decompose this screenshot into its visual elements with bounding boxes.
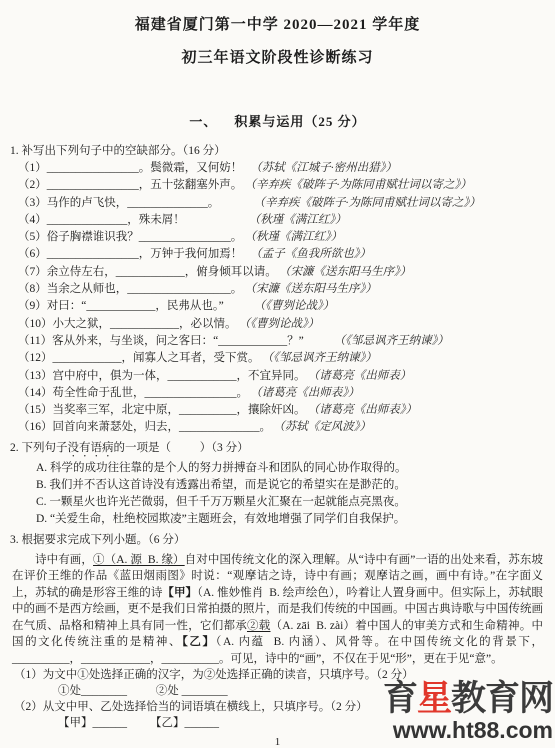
q1-item-8-text: （8）当余之从师也，__________________。 [18, 283, 242, 295]
q1-item-6-text: （6）________________，万钟于我何加焉！ [18, 248, 242, 260]
watermark-logo: 育星教育网 www.ht88.com [383, 681, 553, 742]
passage-marker-yi: 【乙】 [182, 636, 216, 648]
q1-item-14-text: （14）苟全性命于乱世，________________。 [18, 387, 248, 399]
exam-title-line2: 初三年语文阶段性诊断练习 [10, 47, 545, 69]
passage-segment: 诗中有画， [35, 554, 93, 566]
q1-item-4-text: （4）______________，殊未屑！ [18, 214, 185, 226]
q1-item-6-source: （孟子《鱼我所欲也》） [250, 248, 371, 260]
q1-item-14: （14）苟全性命于乱世，________________。（诸葛亮《出师表》） [10, 385, 545, 402]
q1-item-10-text: （10）小大之狱，____________，必以情。 [18, 318, 237, 330]
q2-option-c: C. 一颗星火也许光芒微弱，但千千万万颗星火汇聚在一起就能点亮黑夜。 [10, 494, 545, 511]
q1-item-14-source: （诸葛亮《出师表》） [256, 387, 360, 399]
q2-stem: 2. 下列句子没有语病的一项是（ ）（3 分） [10, 440, 545, 460]
q1-item-7-source: （宋濂《送东阳马生序》） [285, 266, 412, 278]
q1-item-3: （3）马作的卢飞快，______________。（辛弃疾《破阵子·为陈同甫赋壮… [10, 195, 545, 212]
q1-item-3-text: （3）马作的卢飞快，______________。 [18, 197, 219, 209]
q1-item-7: （7）余立侍左右，____________，俯身倾耳以请。（宋濂《送东阳马生序》… [10, 264, 545, 281]
q1-item-10-source: （《曹刿论战》） [245, 318, 320, 330]
q2-option-b: B. 我们并不否认这首诗没有透露出希望，而是说它的希望实在是渺茫的。 [10, 477, 545, 494]
q1-item-13-source: （诸葛亮《出师表） [314, 370, 412, 382]
watermark-site-part2: 教育网 [451, 679, 553, 718]
q1-item-6: （6）________________，万钟于我何加焉！（孟子《鱼我所欲也》） [10, 246, 545, 263]
q1-item-2: （2）________________，五十弦翻塞外声。（辛弃疾《破阵子·为陈同… [10, 177, 545, 194]
q1-item-8-source: （宋濂《送东阳马生序》） [250, 283, 377, 295]
q1-item-1-source: （苏轼《江城子·密州出猎》） [250, 162, 397, 174]
q1-item-16-source: （苏轼《定风波》） [279, 421, 371, 433]
watermark-site-part1: 育 [383, 679, 417, 718]
q1-item-15-text: （15）当奖率三军，北定中原，__________，攘除奸凶。 [18, 404, 306, 416]
q1-item-1: （1）________________。鬓微霜，又何妨！（苏轼《江城子·密州出猎… [10, 160, 545, 177]
q1-item-2-source: （辛弃疾《破阵子·为陈同甫赋壮词以寄之》） [250, 179, 471, 191]
q1-item-10: （10）小大之狱，____________，必以情。（《曹刿论战》） [10, 316, 545, 333]
q1-item-9-source: （《曹刿论战》） [254, 300, 335, 312]
q1-item-9: （9）对曰：“____________，民弗从也。”（《曹刿论战》） [10, 298, 545, 315]
page-number: 1 [275, 736, 281, 748]
watermark-site-accent: 星 [417, 679, 451, 718]
q1-item-9-text: （9）对曰：“____________，民弗从也。” [18, 300, 224, 312]
q1-item-12: （12）____________，闻寡人之耳者，受下赏。（《邹忌讽齐王纳谏》） [10, 350, 545, 367]
passage-choice-2: ②载 [247, 620, 271, 632]
q1-item-11: （11）客从外来，与坐谈，问之客曰：“____________？”（《邹忌讽齐王… [10, 333, 545, 350]
q1-item-5: （5）俗子胸襟谁识我？________________。（秋瑾《满江红》） [10, 229, 545, 246]
q1-item-5-text: （5）俗子胸襟谁识我？________________。 [18, 231, 242, 243]
q1-item-1-text: （1）________________。鬓微霜，又何妨！ [18, 162, 242, 174]
q2-option-a: A. 科学的成功往往靠的是个人的努力拼搏奋斗和团队的同心协作取得的。 [10, 460, 545, 477]
watermark-site-name: 育星教育网 [383, 681, 553, 716]
q1-item-12-text: （12）____________，闻寡人之耳者，受下赏。 [18, 352, 260, 364]
q1-item-13: （13）宫中府中，俱为一体，____________，不宜异同。（诸葛亮《出师表… [10, 368, 545, 385]
q1-item-4: （4）______________，殊未屑！（秋瑾《满江红》） [10, 212, 545, 229]
q1-item-2-text: （2）________________，五十弦翻塞外声。 [18, 179, 242, 191]
passage-choice-1: ①（A. 源 B. 缘） [93, 554, 185, 566]
q1-item-11-source: （《邹忌讽齐王纳谏》） [334, 335, 449, 347]
q1-item-16: （16）回首向来萧瑟处，归去，______________。（苏轼《定风波》） [10, 419, 545, 436]
q2-stem-prefix: 2. 下列句子 [10, 442, 68, 454]
q1-item-7-text: （7）余立侍左右，____________，俯身倾耳以请。 [18, 266, 277, 278]
watermark-url: www.ht88.com [383, 719, 553, 742]
q2-stem-emphasis: 没有语病 [68, 442, 114, 454]
q1-item-11-text: （11）客从外来，与坐谈，问之客曰：“____________？” [18, 335, 304, 347]
q1-item-13-text: （13）宫中府中，俱为一体，____________，不宜异同。 [18, 370, 306, 382]
q1-item-3-source: （辛弃疾《破阵子·为陈同甫赋壮词以寄之》） [259, 197, 480, 209]
q1-item-5-source: （秋瑾《满江红》） [250, 231, 342, 243]
q2-stem-suffix: 的一项是（ ）（3 分） [114, 442, 249, 454]
exam-page: 福建省厦门第一中学 2020—2021 学年度 初三年语文阶段性诊断练习 一、 … [0, 0, 555, 731]
q1-item-15: （15）当奖率三军，北定中原，__________，攘除奸凶。（诸葛亮《出师表》… [10, 402, 545, 419]
q1-item-12-source: （《邹忌讽齐王纳谏》） [268, 352, 377, 364]
q1-stem: 1. 补写出下列句子中的空缺部分。（16 分） [10, 143, 545, 160]
q1-item-8: （8）当余之从师也，__________________。（宋濂《送东阳马生序》… [10, 281, 545, 298]
q2-option-d: D. “关爱生命，杜绝校园欺凌”主题班会，有效地增强了同学们自我保护。 [10, 511, 545, 528]
exam-title-line1: 福建省厦门第一中学 2020—2021 学年度 [10, 14, 545, 36]
passage-marker-jia: 【甲】 [162, 587, 197, 599]
q1-item-15-source: （诸葛亮《出师表》） [314, 404, 418, 416]
q3-stem: 3. 根据要求完成下列小题。（6 分） [10, 532, 545, 549]
q1-item-4-source: （秋瑾《满江红》） [249, 214, 347, 226]
section-heading: 一、 积累与运用（25 分） [10, 111, 545, 130]
q3-passage: 诗中有画，①（A. 源 B. 缘）自对中国传统文化的深入理解。从“诗中有画”一语… [12, 552, 543, 668]
q1-item-16-text: （16）回首向来萧瑟处，归去，______________。 [18, 421, 271, 433]
